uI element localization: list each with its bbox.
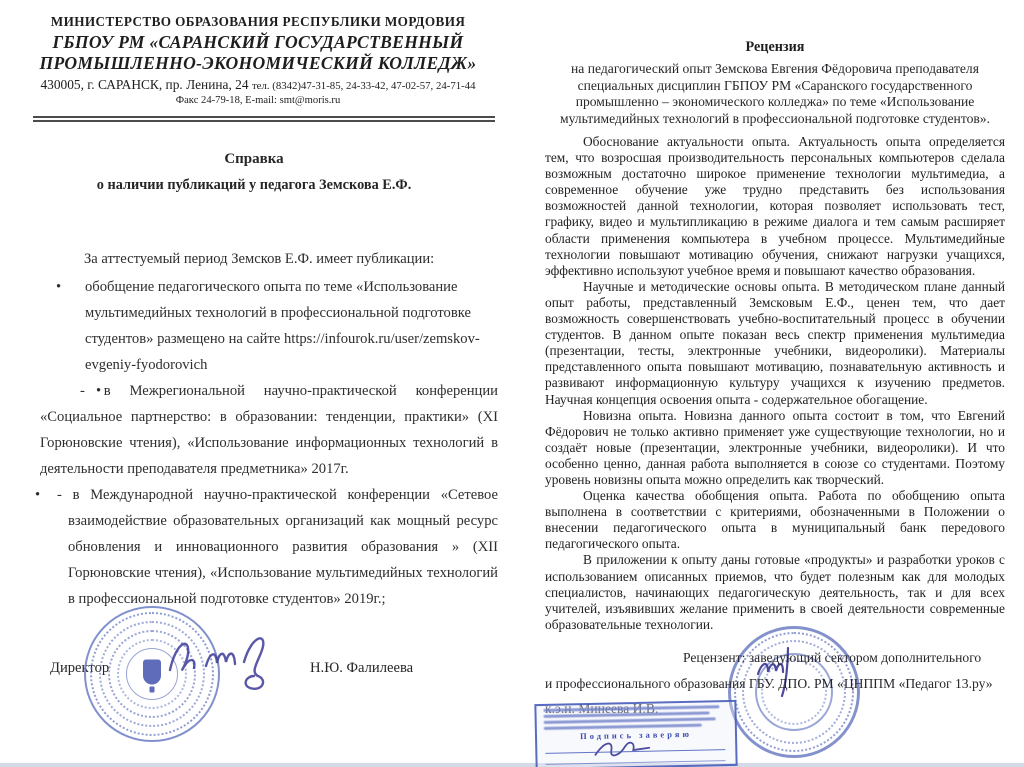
ministry-line: МИНИСТЕРСТВО ОБРАЗОВАНИЯ РЕСПУБЛИКИ МОРД… — [28, 14, 488, 30]
publication-item: - в Межрегиональной научно-практической … — [40, 378, 498, 482]
certificate-page: МИНИСТЕРСТВО ОБРАЗОВАНИЯ РЕСПУБЛИКИ МОРД… — [0, 0, 508, 767]
certificate-subtitle: о наличии публикаций у педагога Земскова… — [0, 177, 508, 194]
review-intro: на педагогический опыт Земскова Евгения … — [545, 61, 1005, 127]
reviewer-line: Рецензент: заведующий сектором дополните… — [545, 645, 1007, 671]
letterhead: МИНИСТЕРСТВО ОБРАЗОВАНИЯ РЕСПУБЛИКИ МОРД… — [28, 14, 488, 106]
fax-email-line: Факс 24-79-18, E-mail: smt@moris.ru — [28, 95, 488, 106]
postal-address: 430005, г. САРАНСК, пр. Ленина, 24 — [40, 77, 248, 92]
slide-bottom-edge — [0, 763, 1024, 767]
scanned-document-slide: МИНИСТЕРСТВО ОБРАЗОВАНИЯ РЕСПУБЛИКИ МОРД… — [0, 0, 1024, 767]
director-name: Н.Ю. Фалилеева — [310, 660, 413, 677]
organization-name-line2: ПРОМЫШЛЕННО-ЭКОНОМИЧЕСКИЙ КОЛЛЕДЖ» — [28, 53, 488, 74]
director-signature — [158, 618, 288, 704]
certificate-intro: За аттестуемый период Земсков Е.Ф. имеет… — [40, 246, 498, 272]
organization-name-line1: ГБПОУ РМ «САРАНСКИЙ ГОСУДАРСТВЕННЫЙ — [28, 32, 488, 53]
publication-item: обобщение педагогического опыта по теме … — [40, 274, 498, 378]
review-paragraph: В приложении к опыту даны готовые «проду… — [545, 552, 1005, 632]
certifying-rect-stamp: Подпись заверяю — [534, 700, 737, 767]
letterhead-divider — [33, 116, 495, 122]
publications-list: обобщение педагогического опыта по теме … — [40, 274, 498, 612]
stamp-fine-print — [544, 711, 710, 718]
review-page: Рецензия на педагогический опыт Земскова… — [512, 0, 1024, 767]
review-body: Обоснование актуальности опыта. Актуальн… — [545, 134, 1005, 633]
review-paragraph: Обоснование актуальности опыта. Актуальн… — [545, 134, 1005, 279]
stamp-signature — [589, 734, 660, 761]
certificate-body: За аттестуемый период Земсков Е.Ф. имеет… — [40, 246, 498, 612]
review-paragraph: Научные и методические основы опыта. В м… — [545, 279, 1005, 408]
reviewer-line: и профессионального образования ГБУ. ДПО… — [545, 671, 1007, 697]
certificate-title: Справка — [0, 151, 508, 168]
address-line: 430005, г. САРАНСК, пр. Ленина, 24 тел. … — [28, 77, 488, 93]
phone-numbers: тел. (8342)47-31-85, 24-33-42, 47-02-57,… — [252, 80, 476, 92]
review-title: Рецензия — [545, 39, 1005, 56]
stamp-date-line — [546, 760, 726, 765]
review-paragraph: Оценка качества обобщения опыта. Работа … — [545, 488, 1005, 552]
publication-item: - в Международной научно-практической ко… — [40, 482, 498, 612]
review-paragraph: Новизна опыта. Новизна данного опыта сос… — [545, 408, 1005, 488]
